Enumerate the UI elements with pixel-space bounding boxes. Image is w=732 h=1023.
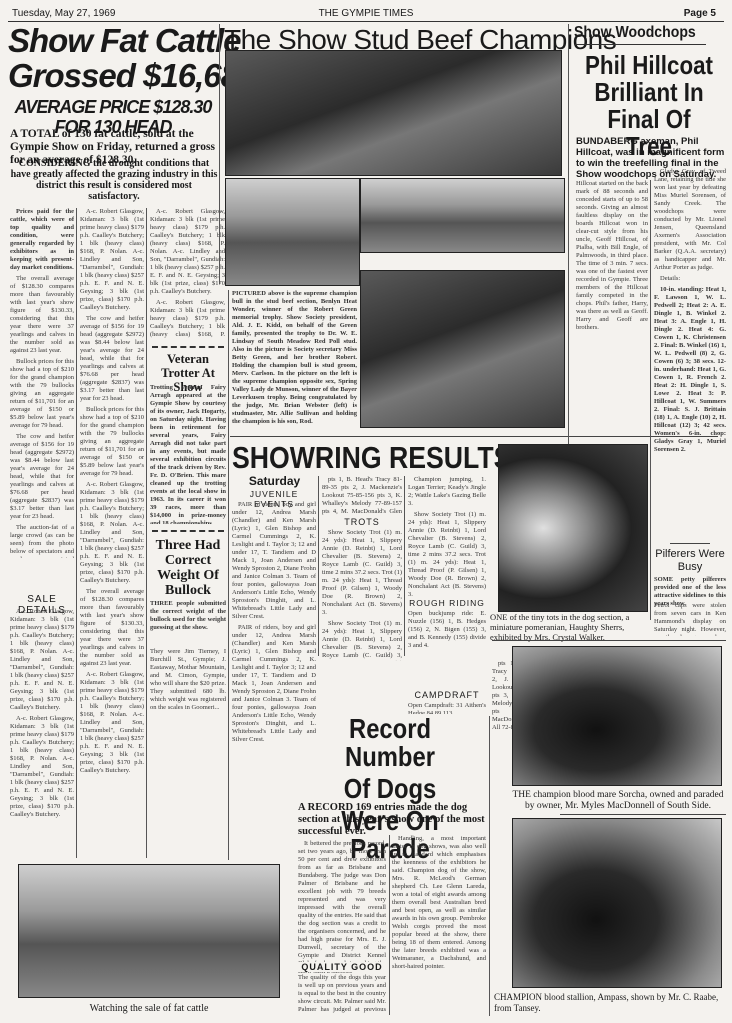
fat-cattle-lead-2: CONSIDERING the drought conditions that …	[10, 158, 218, 202]
showring-headline: SHOWRING RESULTS	[232, 440, 454, 476]
filler-text: A-c. Robert Glasgow, Kidaman: 3 blk (1st…	[150, 208, 225, 296]
newspaper-title: THE GYMPIE TIMES	[8, 8, 724, 19]
champion-stallion-caption: CHAMPION blood stallion, Ampass, shown b…	[494, 992, 726, 1014]
champion-stallion-photo	[512, 818, 722, 988]
dogs-body-3: Handling, a most important factor in dog…	[392, 835, 486, 971]
dogs-subhead-quality: QUALITY GOOD	[298, 962, 386, 972]
sale-details-text: A-c. Robert Glasgow, Kidaman: 3 blk (1st…	[10, 608, 74, 712]
filler-text: A-c. Robert Glasgow, Kidaman: 3 blk (1st…	[150, 299, 225, 338]
jumping-results: Champion jumping, 1. Logan Terrier; Kead…	[408, 476, 486, 508]
column-rule	[228, 290, 229, 860]
column-rule	[219, 24, 220, 284]
separator	[670, 543, 710, 544]
filler-text: pts 1, B. Head's Tracy 81-89-35 pts 2, J…	[322, 476, 402, 516]
veteran-trotter-body: Trotting veteran Fairy Arragh appeared a…	[150, 384, 226, 524]
dogs-column-2: Handling, a most important factor in dog…	[392, 835, 486, 1015]
juvenile-results: PAIR of riders, boy and girl under 12, A…	[232, 501, 316, 621]
column-rule	[489, 716, 490, 1016]
masthead: Tuesday, May 27, 1969 THE GYMPIE TIMES P…	[8, 4, 724, 22]
woodchops-kicker: Show Woodchops	[574, 24, 706, 45]
fat-cattle-column-2: A-c. Robert Glasgow, Kidaman: 3 blk (1st…	[80, 208, 144, 858]
stud-beef-photo-middle	[360, 178, 565, 253]
stud-beef-photo-right	[360, 270, 565, 428]
showring-section-trots: TROTS	[322, 517, 402, 527]
showring-section-campdraft: CAMPDRAFT	[408, 690, 486, 700]
three-had-lead: THREE people submitted the correct weigh…	[150, 600, 226, 632]
dogs-body-2: The quality of the dogs this year is wel…	[298, 974, 386, 1014]
trots-results: Show Society Trot (1) m. 24 yds): Heat 1…	[322, 529, 402, 617]
column-rule	[76, 208, 77, 858]
three-had-body: They were Jim Tierney, I Burchill St., G…	[150, 648, 226, 858]
dogs-headline-2: Of Dogs	[307, 775, 474, 803]
fat-cattle-headline-1: Show Fat Cattle	[8, 24, 218, 57]
fat-cattle-subhead-1: AVERAGE PRICE $128.30	[8, 98, 218, 116]
showring-day: Saturday	[232, 474, 317, 488]
fat-cattle-column-1: Prices paid for the cattle, which were o…	[10, 208, 74, 558]
champion-mare-caption: THE champion blood mare Sorcha, owned an…	[512, 790, 724, 812]
column-rule	[146, 208, 147, 858]
dogs-body-1: It bettered the previous record, set two…	[298, 840, 386, 976]
stud-beef-photo-left	[225, 178, 360, 286]
filler-text: A-c. Robert Glasgow, Kidaman: 3 blk (1st…	[80, 671, 144, 775]
column-rule	[404, 476, 405, 656]
fat-cattle-story: Show Fat Cattle Grossed $16,685 AVERAGE …	[8, 24, 218, 136]
showring-section-rough-riding: ROUGH RIDING	[408, 598, 486, 608]
sale-details-text: A-c. Robert Glasgow, Kidaman: 3 blk (1st…	[10, 715, 74, 819]
pomeranian-caption: ONE of the tiny tots in the dog section,…	[490, 612, 652, 642]
fat-cattle-body-1: Prices paid for the cattle, which were o…	[10, 208, 74, 272]
pilferers-headline: Pilferers Were Busy	[654, 548, 726, 574]
filler-text: Bullock prices for this show had a top o…	[80, 406, 144, 478]
filler-text: Show Society Trot (1) m. 24 yds): Heat 1…	[322, 620, 402, 661]
column-rule	[318, 476, 319, 656]
woodchops-column-2: Gladys Gray, of Tweed Lane, retaining th…	[654, 168, 726, 468]
woodchops-body-2: Gladys Gray, of Tweed Lane, retaining th…	[654, 168, 726, 272]
pomeranian-photo	[498, 444, 648, 612]
three-had-headline: Three Had Correct Weight Of Bullock	[150, 538, 226, 598]
pilferers-body: Petrol caps were stolen from seven cars …	[654, 602, 726, 636]
woodchops-details-heading: Details:	[654, 275, 726, 283]
fat-cattle-body-5: The auction-fat of a large crowd (as can…	[10, 524, 74, 558]
fat-cattle-body-4: The cow and heifer average of $156 for 1…	[10, 433, 74, 521]
page-number: Page 5	[684, 8, 716, 19]
fat-cattle-photo-caption: Watching the sale of fat cattle	[18, 1003, 280, 1014]
dogs-headline-1: Record Number	[307, 715, 474, 771]
champion-mare-photo	[512, 646, 722, 786]
filler-text: The cow and heifer average of $156 for 1…	[80, 315, 144, 403]
column-rule	[568, 24, 569, 444]
showring-column-3: Champion jumping, 1. Logan Terrier; Kead…	[408, 476, 486, 596]
filler-text: A-c. Robert Glasgow, Kidaman: 3 blk (1st…	[80, 481, 144, 585]
stud-beef-photo-top	[225, 50, 562, 176]
filler-text: The overall average of $128.30 compares …	[80, 588, 144, 668]
separator	[152, 530, 224, 532]
showring-trots-body: Show Society Trot (1) m. 24 yds): Heat 1…	[322, 529, 402, 661]
woodchops-details: 10-in. standing: Heat 1, F. Lawson 1, W.…	[654, 286, 726, 454]
column-rule	[650, 180, 651, 620]
showring-column-2-top: pts 1, B. Head's Tracy 81-89-35 pts 2, J…	[322, 476, 402, 516]
fat-cattle-body-2: The overall average of $128.30 compares …	[10, 275, 74, 355]
sale-details-column-2: A-c. Robert Glasgow, Kidaman: 3 blk (1st…	[80, 208, 144, 312]
stud-beef-caption: PICTURED above is the supreme champion b…	[232, 290, 357, 430]
rough-riding-results: Open buckjump ride: E. Nuzzle (156) 1, B…	[408, 610, 486, 688]
fat-cattle-body-3: Bullock prices for this show had a top o…	[10, 358, 74, 430]
separator	[152, 346, 224, 348]
section-rule	[560, 814, 726, 815]
fat-cattle-headline-2: Grossed $16,685	[8, 59, 218, 92]
dogs-lead: A RECORD 169 entries made the dog sectio…	[298, 802, 486, 838]
fat-cattle-column-3-top: A-c. Robert Glasgow, Kidaman: 3 blk (1st…	[150, 208, 225, 338]
fat-cattle-sale-photo	[18, 864, 280, 998]
woodchops-column-1: Hillcoat started on the back mark of 88 …	[576, 180, 648, 440]
filler-text: Show Society Trot (1) m. 24 yds): Heat 1…	[408, 511, 486, 596]
column-rule	[389, 835, 390, 1015]
section-rule	[492, 640, 726, 641]
sale-details-body: A-c. Robert Glasgow, Kidaman: 3 blk (1st…	[10, 608, 74, 858]
